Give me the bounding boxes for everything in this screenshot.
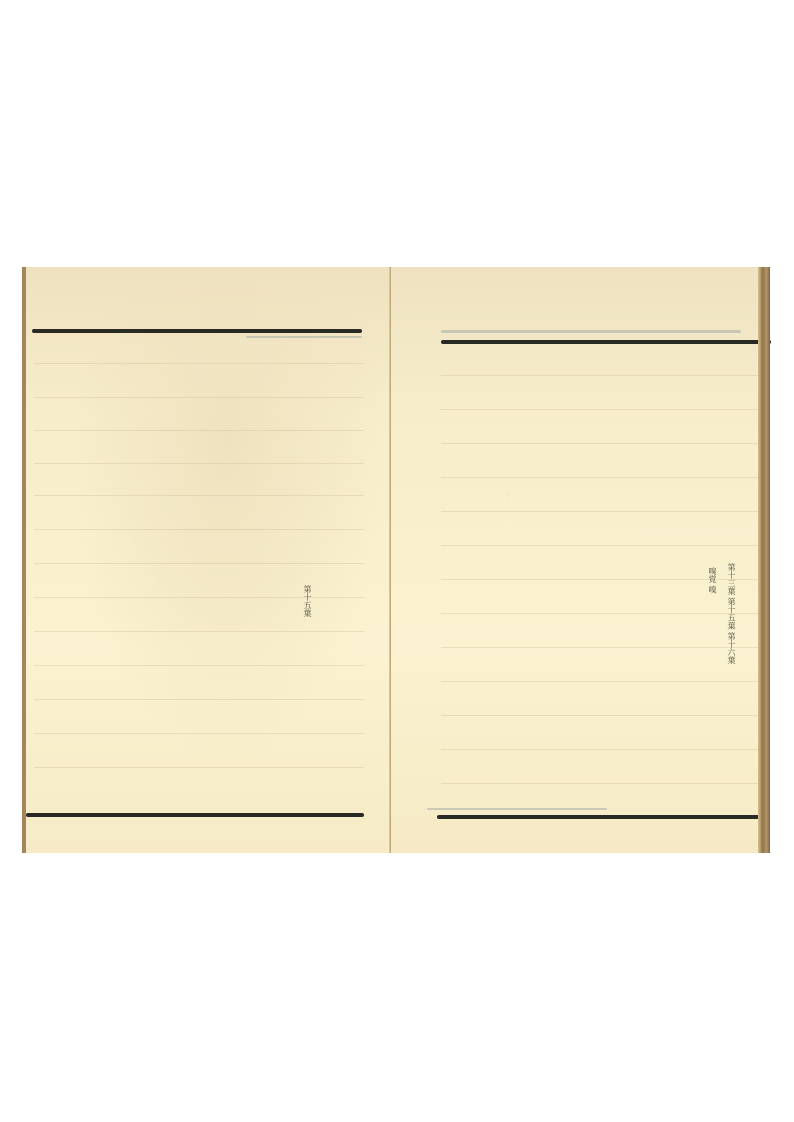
top-border-rule [441, 340, 771, 344]
ruled-line [34, 631, 364, 632]
ruled-line [441, 783, 761, 784]
top-border-rule [32, 329, 362, 333]
top-rule-offset-ghost [246, 336, 362, 338]
right-page-annotation-col2: 嗅覚 嗅 [707, 567, 717, 594]
right-page: … 第十三葉 第十五葉 第十六葉 嗅覚 嗅 [391, 267, 770, 853]
ruled-line [441, 477, 761, 478]
ruled-line [34, 495, 364, 496]
ruled-line [441, 681, 761, 682]
ruled-line [34, 363, 364, 364]
ruled-line [441, 647, 761, 648]
ruled-line [34, 665, 364, 666]
ruled-line [441, 545, 761, 546]
ruled-line [441, 613, 761, 614]
bottom-rule-offset-ghost [427, 808, 607, 810]
left-page-annotation: 第十五葉 [302, 585, 312, 617]
ruled-line [441, 375, 761, 376]
ruled-line [34, 733, 364, 734]
ruled-line [441, 715, 761, 716]
ruled-line [34, 463, 364, 464]
ruled-line [34, 767, 364, 768]
ruled-line [34, 430, 364, 431]
bottom-border-rule [437, 815, 759, 819]
ruled-line [34, 397, 364, 398]
bottom-border-rule [26, 813, 364, 817]
book-spread: 第十五葉 … 第十三葉 第十五葉 第十六葉 嗅覚 嗅 [22, 267, 770, 853]
ruled-line [34, 699, 364, 700]
ruled-line [34, 563, 364, 564]
book-fore-edge [758, 267, 770, 853]
ruled-line [34, 529, 364, 530]
right-page-annotation-col1: 第十三葉 第十五葉 第十六葉 [726, 563, 736, 664]
left-page: 第十五葉 [22, 267, 391, 853]
ruled-line [441, 749, 761, 750]
ruled-line [441, 443, 761, 444]
ruled-line [441, 409, 761, 410]
ruled-line [441, 511, 761, 512]
top-rule-offset-ghost [441, 330, 741, 333]
bleed-through-text: … [505, 492, 513, 499]
ruled-line [34, 597, 364, 598]
